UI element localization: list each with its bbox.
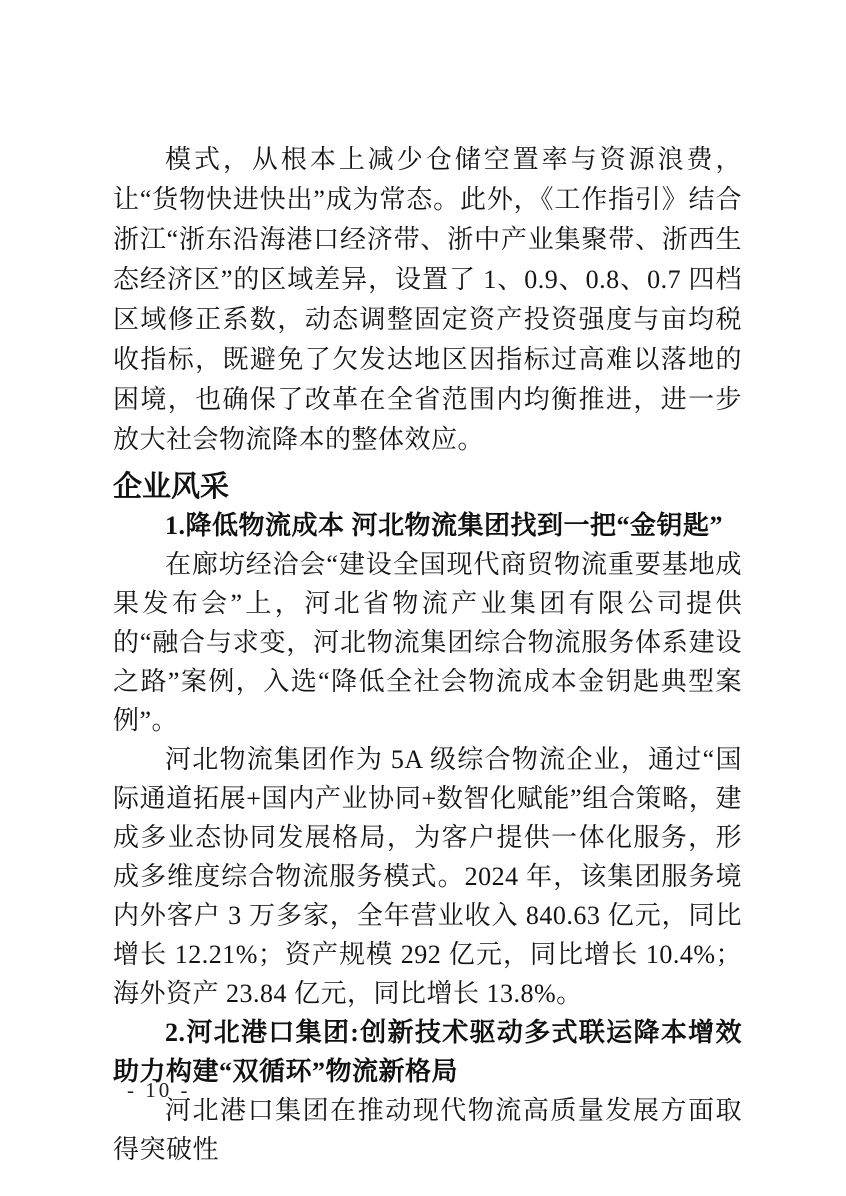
section-heading: 企业风采 xyxy=(113,468,742,506)
item1-paragraph-2: 河北物流集团作为 5A 级综合物流企业，通过“国际通道拓展+国内产业协同+数智化… xyxy=(113,740,742,1013)
item2-heading: 2.河北港口集团:创新技术驱动多式联运降本增效 助力构建“双循环”物流新格局 xyxy=(113,1013,742,1091)
item2-paragraph-1: 河北港口集团在推动现代物流高质量发展方面取得突破性 xyxy=(113,1091,742,1169)
page-content: 模式，从根本上减少仓储空置率与资源浪费，让“货物快进快出”成为常态。此外，《工作… xyxy=(113,140,742,1169)
paragraph-continuation: 模式，从根本上减少仓储空置率与资源浪费，让“货物快进快出”成为常态。此外，《工作… xyxy=(113,140,742,460)
item1-paragraph-1: 在廊坊经洽会“建设全国现代商贸物流重要基地成果发布会”上，河北省物流产业集团有限… xyxy=(113,545,742,740)
item1-heading: 1.降低物流成本 河北物流集团找到一把“金钥匙” xyxy=(113,506,742,545)
page-number: - 10 - xyxy=(127,1078,191,1103)
document-page: 模式，从根本上减少仓储空置率与资源浪费，让“货物快进快出”成为常态。此外，《工作… xyxy=(0,0,846,1196)
